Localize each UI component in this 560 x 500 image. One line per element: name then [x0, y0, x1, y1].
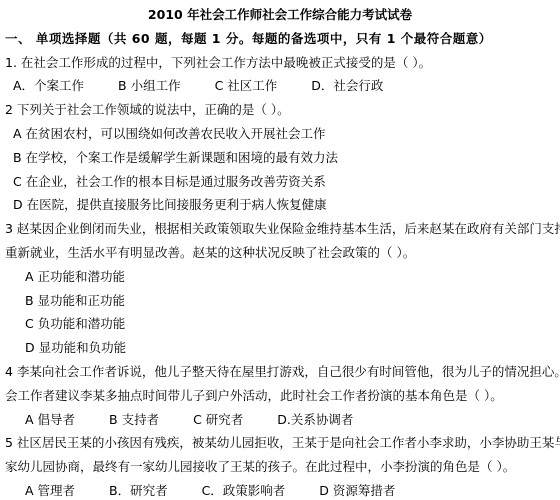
option-item: C 在企业，社会工作的根本目标是通过服务改善劳资关系 — [0, 170, 560, 194]
option-item: D 在医院，提供直接服务比间接服务更利于病人恢复健康 — [0, 193, 560, 217]
question-1-options-row: A．个案工作 B 小组工作 C 社区工作 D．社会行政 — [0, 74, 560, 98]
question-5-stem: 5 社区居民王某的小孩因有残疾，被某幼儿园拒收，王某于是向社会工作者小李求助，小… — [0, 431, 560, 455]
option-item: C 负功能和潜功能 — [0, 312, 560, 336]
option-item: A 在贫困农村，可以围绕如何改善农民收入开展社会工作 — [0, 122, 560, 146]
option-item: A 正功能和潜功能 — [0, 265, 560, 289]
option-item: C．政策影响者 — [202, 483, 286, 498]
option-item: C 研究者 — [193, 412, 243, 427]
option-item: A 管理者 — [25, 483, 75, 498]
option-item: B 显功能和正功能 — [0, 289, 560, 313]
question-2-stem: 2 下列关于社会工作领域的说法中，正确的是（ ）。 — [0, 98, 560, 122]
exam-title: 2010 年社会工作师社会工作综合能力考试试卷 — [0, 3, 560, 27]
option-item: B 支持者 — [109, 412, 159, 427]
question-1-stem: 1. 在社会工作形成的过程中，下列社会工作方法中最晚被正式接受的是（ ）。 — [0, 51, 560, 75]
question-5-stem-line2: 家幼儿园协商，最终有一家幼儿园接收了王某的孩子。在此过程中，小李扮演的角色是（ … — [0, 455, 560, 479]
option-item: C 社区工作 — [215, 78, 278, 93]
option-item: D 资源筹措者 — [319, 483, 395, 498]
option-item: A．个案工作 — [13, 78, 84, 93]
question-5-options-row: A 管理者 B．研究者 C．政策影响者 D 资源筹措者 — [0, 479, 560, 500]
option-item: A 倡导者 — [25, 412, 75, 427]
question-3-stem-line2: 重新就业，生活水平有明显改善。赵某的这种状况反映了社会政策的（ ）。 — [0, 241, 560, 265]
question-3-stem: 3 赵某因企业倒闭而失业，根据相关政策领取失业保险金维持基本生活，后来赵某在政府… — [0, 217, 560, 241]
option-item: D 显功能和负功能 — [0, 336, 560, 360]
option-item: B．研究者 — [109, 483, 168, 498]
option-item: D．社会行政 — [311, 78, 383, 93]
section-heading: 一、 单项选择题（共 60 题，每题 1 分。每题的备选项中，只有 1 个最符合… — [0, 27, 560, 51]
question-4-options-row: A 倡导者 B 支持者 C 研究者 D.关系协调者 — [0, 408, 560, 432]
option-item: D.关系协调者 — [277, 412, 353, 427]
question-4-stem-line2: 会工作者建议李某多抽点时间带儿子到户外活动，此时社会工作者扮演的基本角色是（ ）… — [0, 384, 560, 408]
exam-document-page: 2010 年社会工作师社会工作综合能力考试试卷 一、 单项选择题（共 60 题，… — [0, 0, 560, 500]
option-item: B 在学校，个案工作是缓解学生新课题和困境的最有效力法 — [0, 146, 560, 170]
option-item: B 小组工作 — [118, 78, 181, 93]
question-4-stem: 4 李某向社会工作者诉说，他儿子整天待在屋里打游戏，自己很少有时间管他，很为儿子… — [0, 360, 560, 384]
